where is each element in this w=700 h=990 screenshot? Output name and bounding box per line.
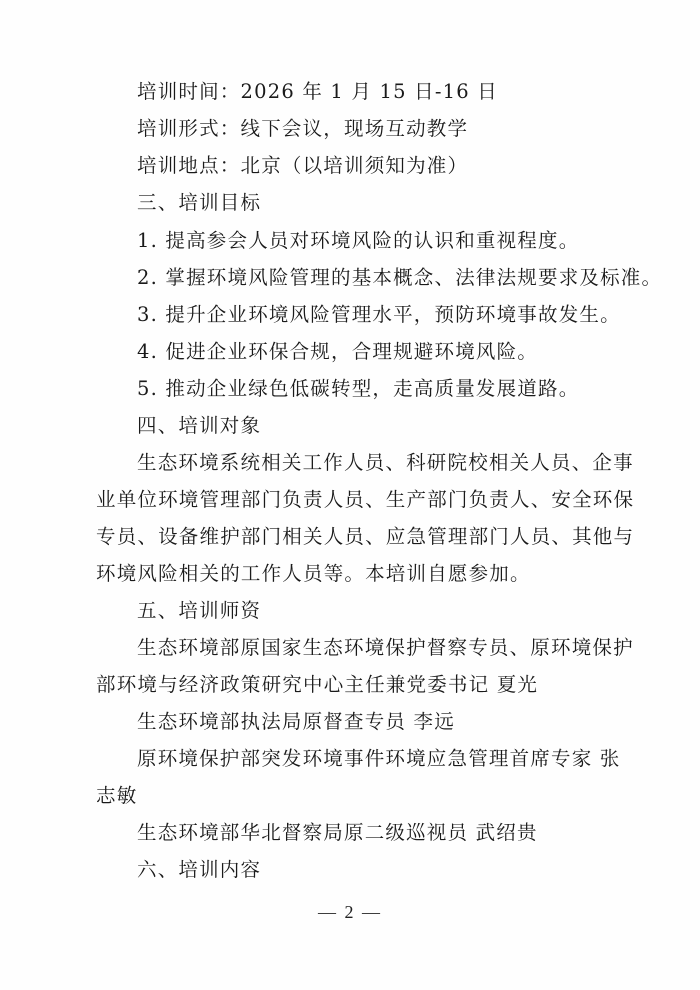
audience-paragraph-line: 环境风险相关的工作人员等。本培训自愿参加。 bbox=[96, 562, 602, 586]
instructor-line: 生态环境部华北督察局原二级巡视员 武绍贵 bbox=[137, 821, 602, 845]
objective-item: 5. 推动企业绿色低碳转型，走高质量发展道路。 bbox=[137, 377, 602, 401]
instructor-line: 志敏 bbox=[96, 784, 602, 808]
instructor-line: 原环境保护部突发环境事件环境应急管理首席专家 张 bbox=[137, 747, 602, 771]
instructor-line: 部环境与经济政策研究中心主任兼党委书记 夏光 bbox=[96, 673, 602, 697]
section-heading-content: 六、培训内容 bbox=[137, 858, 602, 882]
objective-item: 1. 提高参会人员对环境风险的认识和重视程度。 bbox=[137, 229, 602, 253]
instructor-line: 生态环境部执法局原督查专员 李远 bbox=[137, 710, 602, 734]
objective-item: 2. 掌握环境风险管理的基本概念、法律法规要求及标准。 bbox=[137, 266, 602, 290]
document-page: 培训时间：2026 年 1 月 15 日-16 日 培训形式：线下会议，现场互动… bbox=[0, 0, 700, 990]
page-number: — 2 — bbox=[0, 902, 700, 923]
objective-item: 4. 促进企业环保合规，合理规避环境风险。 bbox=[137, 340, 602, 364]
training-location: 培训地点：北京（以培训须知为准） bbox=[137, 154, 602, 178]
audience-paragraph-line: 专员、设备维护部门相关人员、应急管理部门人员、其他与 bbox=[96, 525, 602, 549]
audience-paragraph-line: 业单位环境管理部门负责人员、生产部门负责人、安全环保 bbox=[96, 488, 602, 512]
section-heading-audience: 四、培训对象 bbox=[137, 414, 602, 438]
instructor-line: 生态环境部原国家生态环境保护督察专员、原环境保护 bbox=[137, 636, 602, 660]
audience-paragraph-line: 生态环境系统相关工作人员、科研院校相关人员、企事 bbox=[137, 451, 602, 475]
section-heading-instructors: 五、培训师资 bbox=[137, 599, 602, 623]
section-heading-objectives: 三、培训目标 bbox=[137, 191, 602, 215]
objective-item: 3. 提升企业环境风险管理水平，预防环境事故发生。 bbox=[137, 303, 602, 327]
training-format: 培训形式：线下会议，现场互动教学 bbox=[137, 117, 602, 141]
training-time: 培训时间：2026 年 1 月 15 日-16 日 bbox=[137, 80, 602, 104]
